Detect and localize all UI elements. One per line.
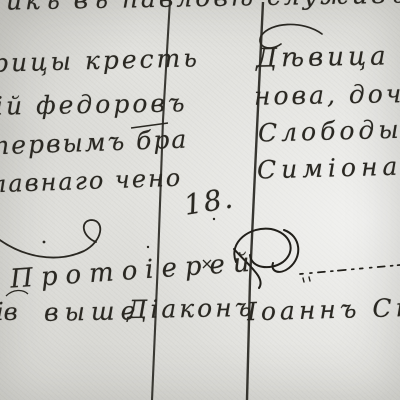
bottom-frag-4: Іоаннъ Ст bbox=[247, 295, 400, 325]
bottom-frag-3: Діаконъ bbox=[127, 295, 255, 322]
entry-number: 18. bbox=[182, 184, 236, 220]
right-col-line-2: нова, дочь Ч bbox=[254, 80, 400, 108]
right-col-line-4: Симіона т bbox=[257, 153, 400, 183]
left-col-line-2: ій федоровъ bbox=[0, 90, 188, 118]
signature-flourish-icon bbox=[234, 229, 400, 288]
left-col-line-1: рицы кресть bbox=[0, 45, 200, 75]
manuscript-scan: икъ въ павловѣ служивъ. рицы кресть ій ф… bbox=[0, 0, 400, 400]
right-col-line-3: Слободы кр bbox=[258, 115, 400, 145]
left-col-line-3: первымъ бра bbox=[0, 127, 189, 159]
bottom-frag-1: ів bbox=[0, 300, 18, 324]
left-col-line-4: лавнаго чено bbox=[0, 166, 183, 197]
top-cutoff-text: икъ въ павловѣ служивъ. bbox=[6, 0, 400, 14]
clergy-title: Протоіерей bbox=[9, 249, 258, 292]
right-col-line-1: Дѣвица Ма bbox=[256, 42, 400, 71]
